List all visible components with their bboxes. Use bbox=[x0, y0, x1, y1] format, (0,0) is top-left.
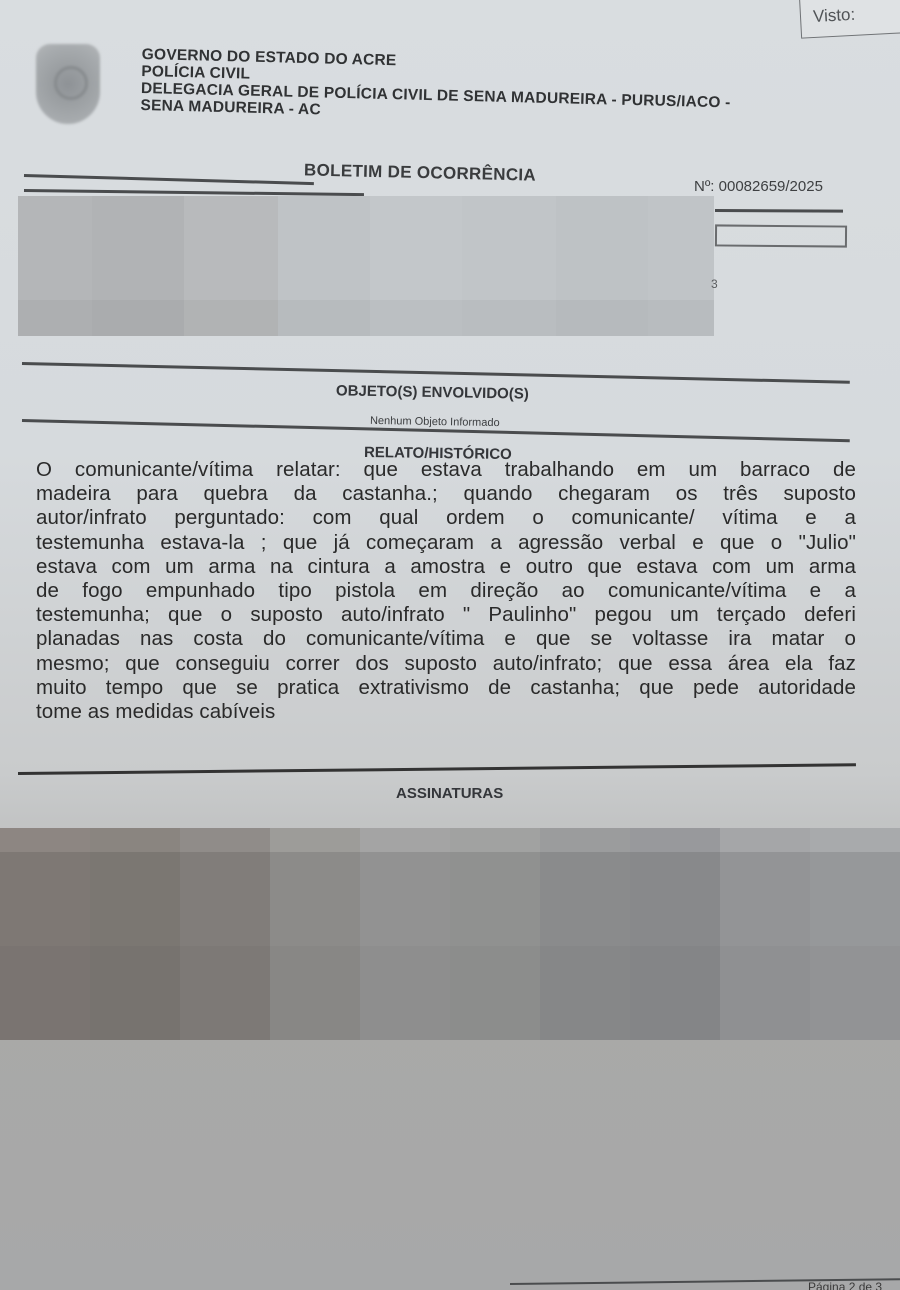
redaction-tile bbox=[0, 852, 90, 946]
redaction-tile bbox=[360, 852, 450, 946]
title-rule-upper bbox=[24, 174, 314, 185]
redaction-tile bbox=[810, 828, 900, 852]
relato-line: de fogo empunhado tipo pistola em direçã… bbox=[36, 579, 856, 603]
document-title: BOLETIM DE OCORRÊNCIA bbox=[304, 160, 536, 185]
police-badge-icon bbox=[36, 44, 100, 124]
number-field-box bbox=[715, 224, 847, 247]
redacted-stray-character: 3 bbox=[711, 277, 718, 291]
redaction-tile bbox=[18, 196, 92, 300]
redaction-tile bbox=[540, 946, 630, 1040]
redaction-tile bbox=[370, 196, 462, 300]
redaction-tile bbox=[0, 828, 90, 852]
police-report-page: Visto: GOVERNO DO ESTADO DO ACRE POLÍCIA… bbox=[0, 0, 900, 1290]
redaction-tile bbox=[90, 828, 180, 852]
relato-line: mesmo; que conseguiu correr dos suposto … bbox=[36, 652, 856, 676]
redaction-tile bbox=[92, 196, 184, 300]
redaction-tile bbox=[184, 196, 278, 300]
redaction-tile bbox=[270, 946, 360, 1040]
redaction-tile bbox=[810, 946, 900, 1040]
relato-line: testemunha; que o suposto auto/infrato "… bbox=[36, 603, 856, 627]
relato-text: O comunicante/vítima relatar: que estava… bbox=[36, 458, 856, 724]
relato-line: muito tempo que se pratica extrativismo … bbox=[36, 676, 856, 700]
visto-label: Visto: bbox=[813, 5, 856, 27]
redaction-tile bbox=[630, 852, 720, 946]
badge-emblem-icon bbox=[54, 66, 88, 100]
redaction-tile bbox=[360, 946, 450, 1040]
redaction-tile bbox=[278, 196, 370, 300]
redaction-tile bbox=[540, 828, 630, 852]
redaction-tile bbox=[648, 196, 714, 300]
relato-rule-bottom bbox=[18, 763, 856, 775]
redaction-tile bbox=[810, 852, 900, 946]
relato-line: O comunicante/vítima relatar: que estava… bbox=[36, 458, 856, 482]
institution-header: GOVERNO DO ESTADO DO ACRE POLÍCIA CIVIL … bbox=[140, 46, 731, 128]
report-number: Nº: 00082659/2025 bbox=[694, 178, 823, 195]
redaction-tile bbox=[360, 828, 450, 852]
redaction-tile bbox=[18, 300, 92, 336]
redaction-tile bbox=[540, 852, 630, 946]
redaction-tile bbox=[92, 300, 184, 336]
redaction-tile bbox=[90, 852, 180, 946]
redaction-tile bbox=[648, 300, 714, 336]
title-rule-lower bbox=[24, 189, 364, 196]
redaction-tile bbox=[90, 946, 180, 1040]
redaction-tile bbox=[270, 828, 360, 852]
redaction-tile bbox=[450, 828, 540, 852]
relato-line: madeira para quebra da castanha.; quando… bbox=[36, 482, 856, 506]
number-rule bbox=[715, 209, 843, 212]
relato-line: autor/infrato perguntado: com qual ordem… bbox=[36, 506, 856, 530]
redaction-tile bbox=[0, 946, 90, 1040]
redaction-tile bbox=[556, 300, 648, 336]
redaction-tile bbox=[630, 946, 720, 1040]
relato-line: testemunha estava-la ; que já começaram … bbox=[36, 531, 856, 555]
redaction-tile bbox=[450, 946, 540, 1040]
objetos-rule-top bbox=[22, 362, 850, 383]
redaction-tile bbox=[450, 852, 540, 946]
visto-stamp-box: Visto: bbox=[799, 0, 900, 39]
objetos-title: OBJETO(S) ENVOLVIDO(S) bbox=[336, 382, 529, 402]
relato-line: tome as medidas cabíveis bbox=[36, 700, 856, 724]
redaction-tile bbox=[370, 300, 462, 336]
page-indicator: Página 2 de 3 bbox=[808, 1280, 882, 1290]
redaction-tile bbox=[462, 196, 556, 300]
relato-line: planadas nas costa do comunicante/vítima… bbox=[36, 627, 856, 651]
redaction-tile bbox=[270, 852, 360, 946]
redaction-tile bbox=[720, 852, 810, 946]
assinaturas-title: ASSINATURAS bbox=[396, 785, 503, 802]
redaction-tile bbox=[556, 196, 648, 300]
redaction-tile bbox=[278, 300, 370, 336]
redaction-tile bbox=[720, 828, 810, 852]
redacted-signatures bbox=[0, 828, 900, 1040]
redaction-tile bbox=[180, 828, 270, 852]
redaction-tile bbox=[720, 946, 810, 1040]
redaction-tile bbox=[180, 946, 270, 1040]
relato-line: estava com um arma na cintura a amostra … bbox=[36, 555, 856, 579]
redaction-tile bbox=[184, 300, 278, 336]
redaction-tile bbox=[630, 828, 720, 852]
redaction-tile bbox=[180, 852, 270, 946]
redaction-tile bbox=[462, 300, 556, 336]
